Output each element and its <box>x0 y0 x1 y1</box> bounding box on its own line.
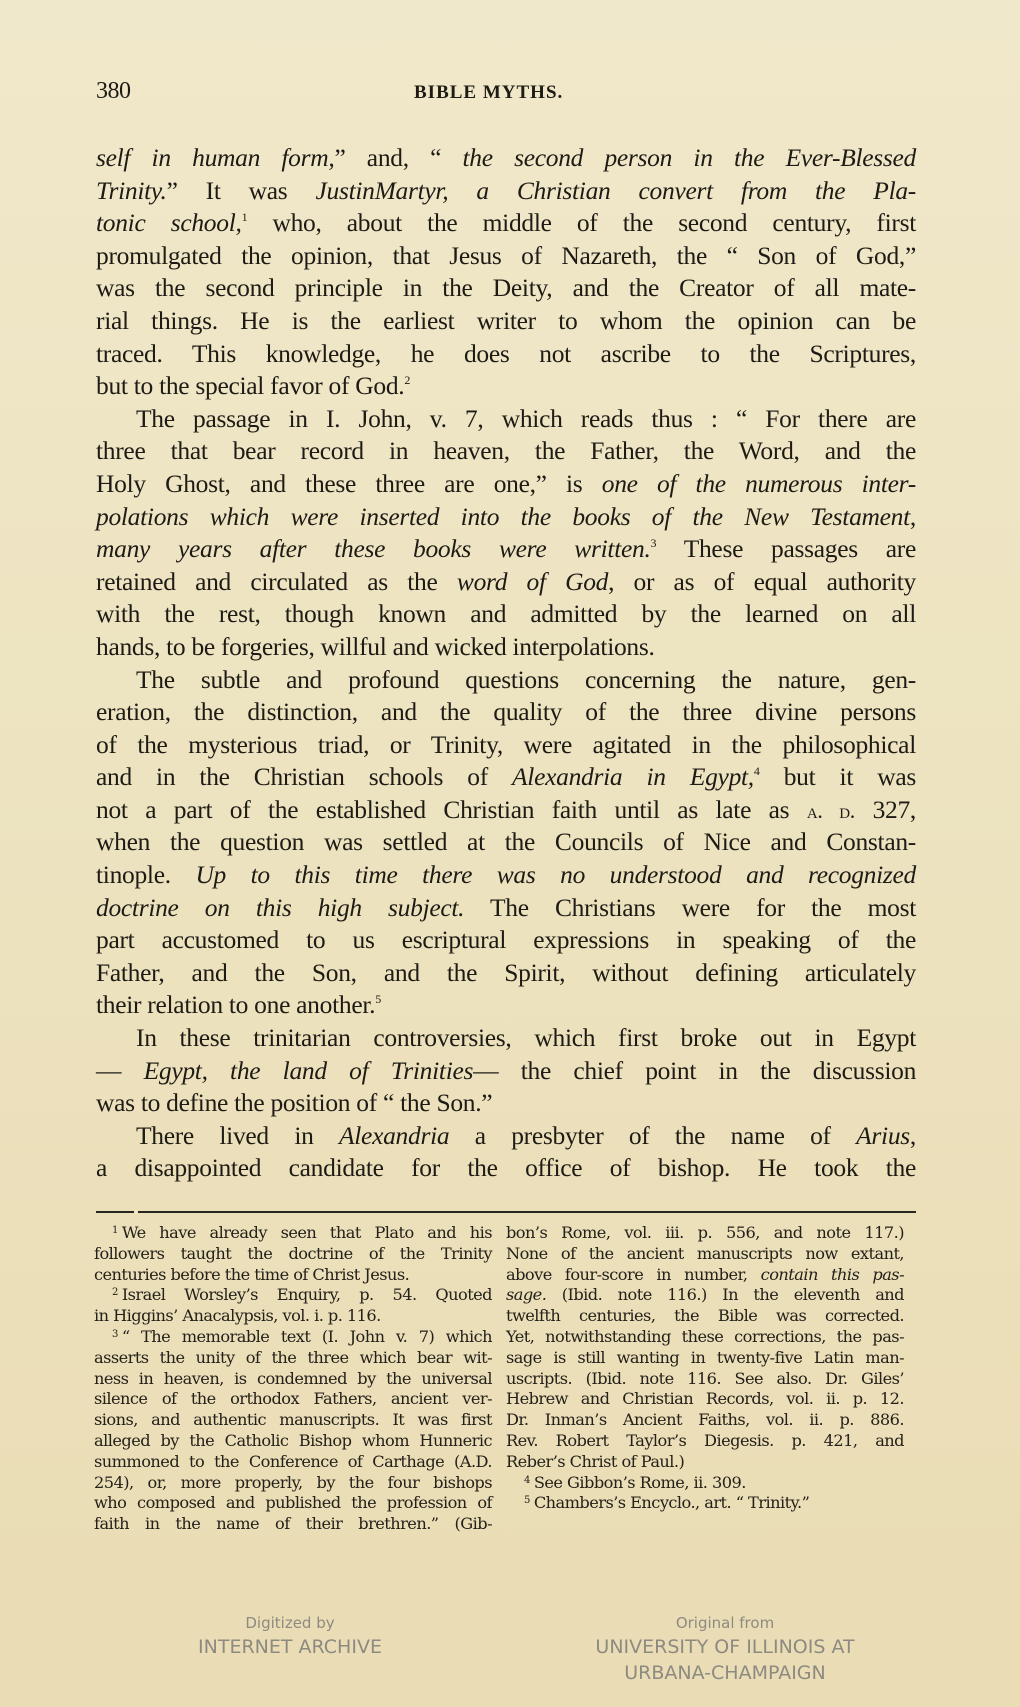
footnote-column-right: bon’s Rome, vol. iii. p. 556, and note 1… <box>506 1223 904 1514</box>
footnote-line: above four-score in number, contain this… <box>506 1265 904 1286</box>
body-text: self in human form,” and, “ the second p… <box>96 142 916 1185</box>
footnote-3: 3“ The memorable text (I. John v. 7) whi… <box>94 1327 492 1348</box>
footnote-4: 4See Gibbon’s Rome, ii. 309. <box>506 1473 904 1494</box>
footnote-line: twelfth centuries, the Bible was correct… <box>506 1306 904 1327</box>
original-from-watermark: Original from UNIVERSITY OF ILLINOIS AT … <box>575 1612 875 1686</box>
footnote-line: sage. (Ibid. note 116.) In the eleventh … <box>506 1285 904 1306</box>
footnote-2: 2Israel Worsley’s Enquiry, p. 54. Quoted <box>94 1285 492 1306</box>
running-head: 380 BIBLE MYTHS. <box>96 78 916 108</box>
footnote-1: 1We have already seen that Plato and his <box>94 1223 492 1244</box>
text-line: promulgated the opinion, that Jesus of N… <box>96 240 916 273</box>
footnote-line: ness in heaven, is condemned by the univ… <box>94 1369 492 1390</box>
footnote-line: Yet, notwithstanding these corrections, … <box>506 1327 904 1348</box>
footnote-line: Rev. Robert Taylor’s Diegesis. p. 421, a… <box>506 1431 904 1452</box>
text-line: tinople. Up to this time there was no un… <box>96 859 916 892</box>
footnote-line: asserts the unity of the three which bea… <box>94 1348 492 1369</box>
footnote-line: followers taught the doctrine of the Tri… <box>94 1244 492 1265</box>
text-line: hands, to be forgeries, willful and wick… <box>96 631 916 664</box>
footnote-line: alleged by the Catholic Bishop whom Hunn… <box>94 1431 492 1452</box>
text-line: rial things. He is the earliest writer t… <box>96 305 916 338</box>
running-title: BIBLE MYTHS. <box>414 82 563 104</box>
footnote-line: silence of the orthodox Fathers, ancient… <box>94 1389 492 1410</box>
text-line: but to the special favor of God.2 <box>96 370 916 403</box>
paragraph-start: The passage in I. John, v. 7, which read… <box>96 403 916 436</box>
paragraph-start: There lived in Alexandria a presbyter of… <box>96 1120 916 1153</box>
footnote-line: Hebrew and Christian Records, vol. ii. p… <box>506 1389 904 1410</box>
footnote-column-left: 1We have already seen that Plato and his… <box>94 1223 492 1535</box>
footnote-ref: 2 <box>404 373 410 387</box>
text-line: doctrine on this high subject. The Chris… <box>96 892 916 925</box>
text-line: retained and circulated as the word of G… <box>96 566 916 599</box>
text-line: of the mysterious triad, or Trinity, wer… <box>96 729 916 762</box>
text-line: when the question was settled at the Cou… <box>96 826 916 859</box>
text-line: Father, and the Son, and the Spirit, wit… <box>96 957 916 990</box>
footnote-line: sions, and authentic manuscripts. It was… <box>94 1410 492 1431</box>
text-line: Holy Ghost, and these three are one,” is… <box>96 468 916 501</box>
footnote-line: uscripts. (Ibid. note 116. See also. Dr.… <box>506 1369 904 1390</box>
footnote-line: who composed and published the professio… <box>94 1493 492 1514</box>
text-line: polations which were inserted into the b… <box>96 501 916 534</box>
text-line: three that bear record in heaven, the Fa… <box>96 435 916 468</box>
text-line: was the second principle in the Deity, a… <box>96 272 916 305</box>
footnote-line: 254), or, more properly, by the four bis… <box>94 1473 492 1494</box>
text-line: traced. This knowledge, he does not ascr… <box>96 338 916 371</box>
text-line: — Egypt, the land of Trinities— the chie… <box>96 1055 916 1088</box>
paragraph-start: The subtle and profound questions concer… <box>96 664 916 697</box>
text-line: a disappointed candidate for the office … <box>96 1152 916 1185</box>
text-line: part accustomed to us escriptural expres… <box>96 924 916 957</box>
page-number: 380 <box>96 78 131 105</box>
footnote-line: None of the ancient manuscripts now exta… <box>506 1244 904 1265</box>
footnote-line: bon’s Rome, vol. iii. p. 556, and note 1… <box>506 1223 904 1244</box>
text-line: many years after these books were writte… <box>96 533 916 566</box>
footnote-line: in Higgins’ Anacalypsis, vol. i. p. 116. <box>94 1306 492 1327</box>
footnote-5: 5Chambers’s Encyclo., art. “ Trinity.” <box>506 1493 904 1514</box>
book-page: 380 BIBLE MYTHS. self in human form,” an… <box>0 0 1020 1707</box>
text-line: tonic school,1 who, about the middle of … <box>96 207 916 240</box>
text-line: Trinity.” It was JustinMartyr, a Christi… <box>96 175 916 208</box>
text-line: with the rest, though known and admitted… <box>96 598 916 631</box>
digitized-by-watermark: Digitized by INTERNET ARCHIVE <box>190 1612 390 1660</box>
footnote-line: sage is still wanting in twenty-five Lat… <box>506 1348 904 1369</box>
text-line: and in the Christian schools of Alexandr… <box>96 761 916 794</box>
footnote-line: Reber’s Christ of Paul.) <box>506 1452 904 1473</box>
footnote-ref: 5 <box>375 992 381 1006</box>
footnote-line: centuries before the time of Christ Jesu… <box>94 1265 492 1286</box>
footnote-line: summoned to the Conference of Carthage (… <box>94 1452 492 1473</box>
text-line: self in human form,” and, “ the second p… <box>96 142 916 175</box>
paragraph-start: In these trinitarian controversies, whic… <box>96 1022 916 1055</box>
text-line: their relation to one another.5 <box>96 989 916 1022</box>
footnote-divider <box>96 1211 916 1213</box>
text-line: not a part of the established Christian … <box>96 794 916 827</box>
text-line: eration, the distinction, and the qualit… <box>96 696 916 729</box>
footnote-line: faith in the name of their brethren.” (G… <box>94 1514 492 1535</box>
text-line: was to define the position of “ the Son.… <box>96 1087 916 1120</box>
footnote-line: Dr. Inman’s Ancient Faiths, vol. ii. p. … <box>506 1410 904 1431</box>
